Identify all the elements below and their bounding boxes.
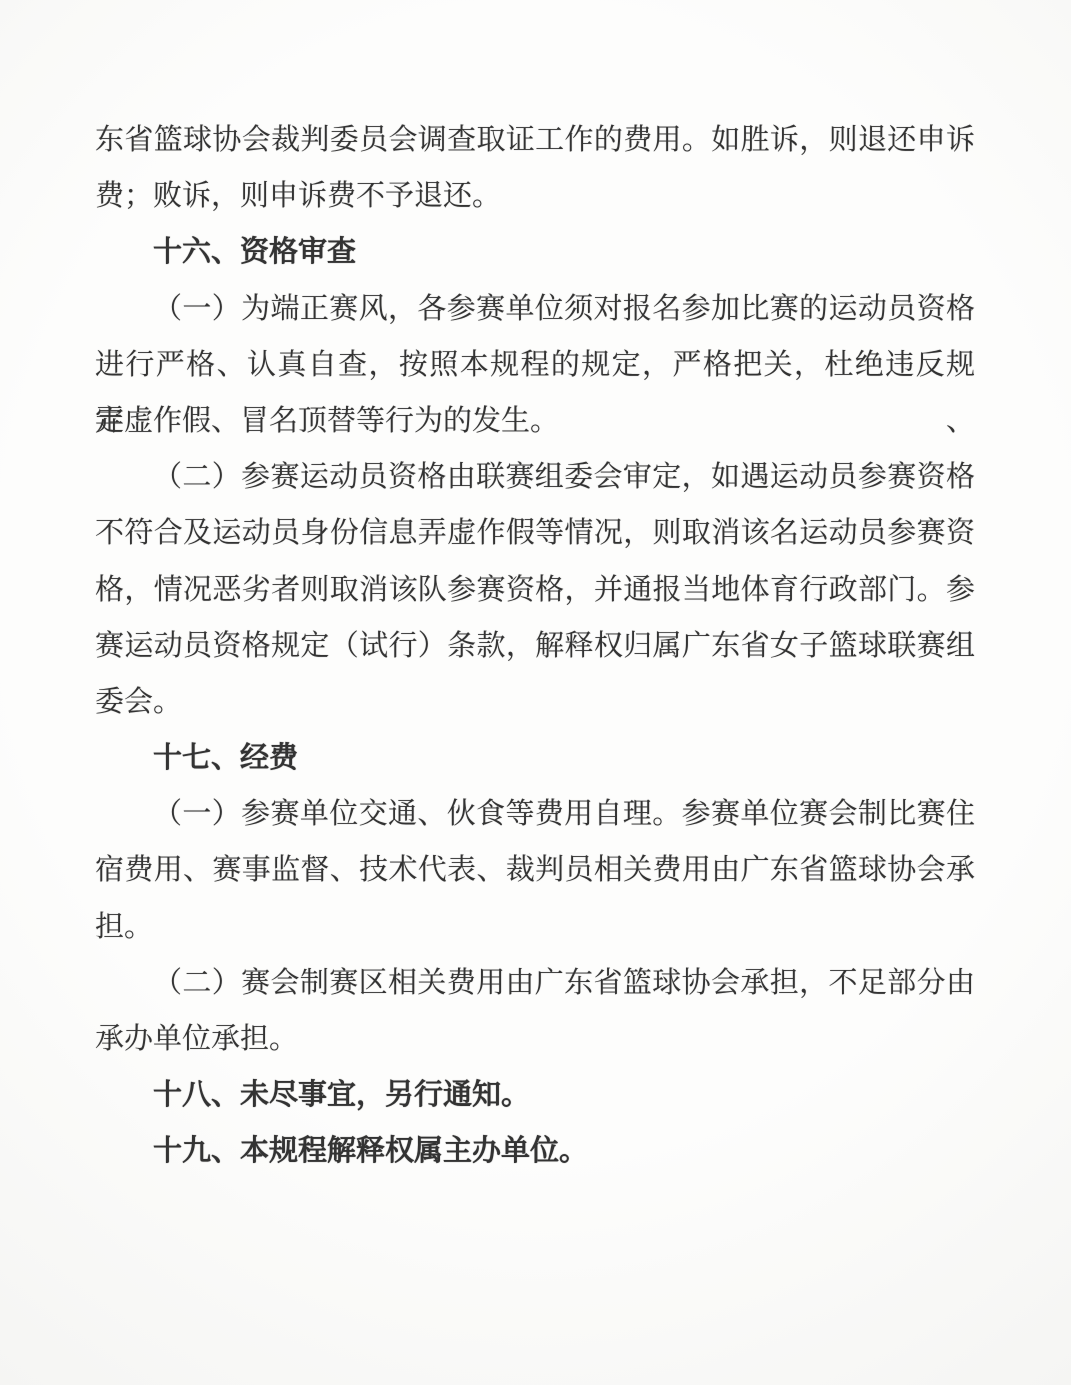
- document-text-block: 东省篮球协会裁判委员会调查取证工作的费用。如胜诉，则退还申诉 费；败诉，则申诉费…: [95, 112, 975, 1180]
- section-heading-16: 十六、资格审查: [95, 224, 975, 280]
- section-heading-19: 十九、本规程解释权属主办单位。: [95, 1123, 975, 1179]
- body-line: 格，情况恶劣者则取消该队参赛资格，并通报当地体育行政部门。参: [95, 562, 975, 618]
- body-line: （一）参赛单位交通、伙食等费用自理。参赛单位赛会制比赛住: [95, 786, 975, 842]
- body-line: （二）参赛运动员资格由联赛组委会审定，如遇运动员参赛资格: [95, 449, 975, 505]
- body-line: 进行严格、认真自查，按照本规程的规定，严格把关，杜绝违反规定、: [95, 337, 975, 393]
- body-line: （一）为端正赛风，各参赛单位须对报名参加比赛的运动员资格: [95, 281, 975, 337]
- body-line: （二）赛会制赛区相关费用由广东省篮球协会承担，不足部分由: [95, 955, 975, 1011]
- section-heading-17: 十七、经费: [95, 730, 975, 786]
- section-heading-18: 十八、未尽事宜，另行通知。: [95, 1067, 975, 1123]
- body-line: 不符合及运动员身份信息弄虚作假等情况，则取消该名运动员参赛资: [95, 505, 975, 561]
- body-line: 东省篮球协会裁判委员会调查取证工作的费用。如胜诉，则退还申诉: [95, 112, 975, 168]
- body-line: 承办单位承担。: [95, 1011, 975, 1067]
- body-line: 委会。: [95, 674, 975, 730]
- body-line: 担。: [95, 899, 975, 955]
- body-line: 宿费用、赛事监督、技术代表、裁判员相关费用由广东省篮球协会承: [95, 842, 975, 898]
- body-line: 费；败诉，则申诉费不予退还。: [95, 168, 975, 224]
- document-page: 东省篮球协会裁判委员会调查取证工作的费用。如胜诉，则退还申诉 费；败诉，则申诉费…: [0, 0, 1071, 1385]
- body-line: 赛运动员资格规定（试行）条款，解释权归属广东省女子篮球联赛组: [95, 618, 975, 674]
